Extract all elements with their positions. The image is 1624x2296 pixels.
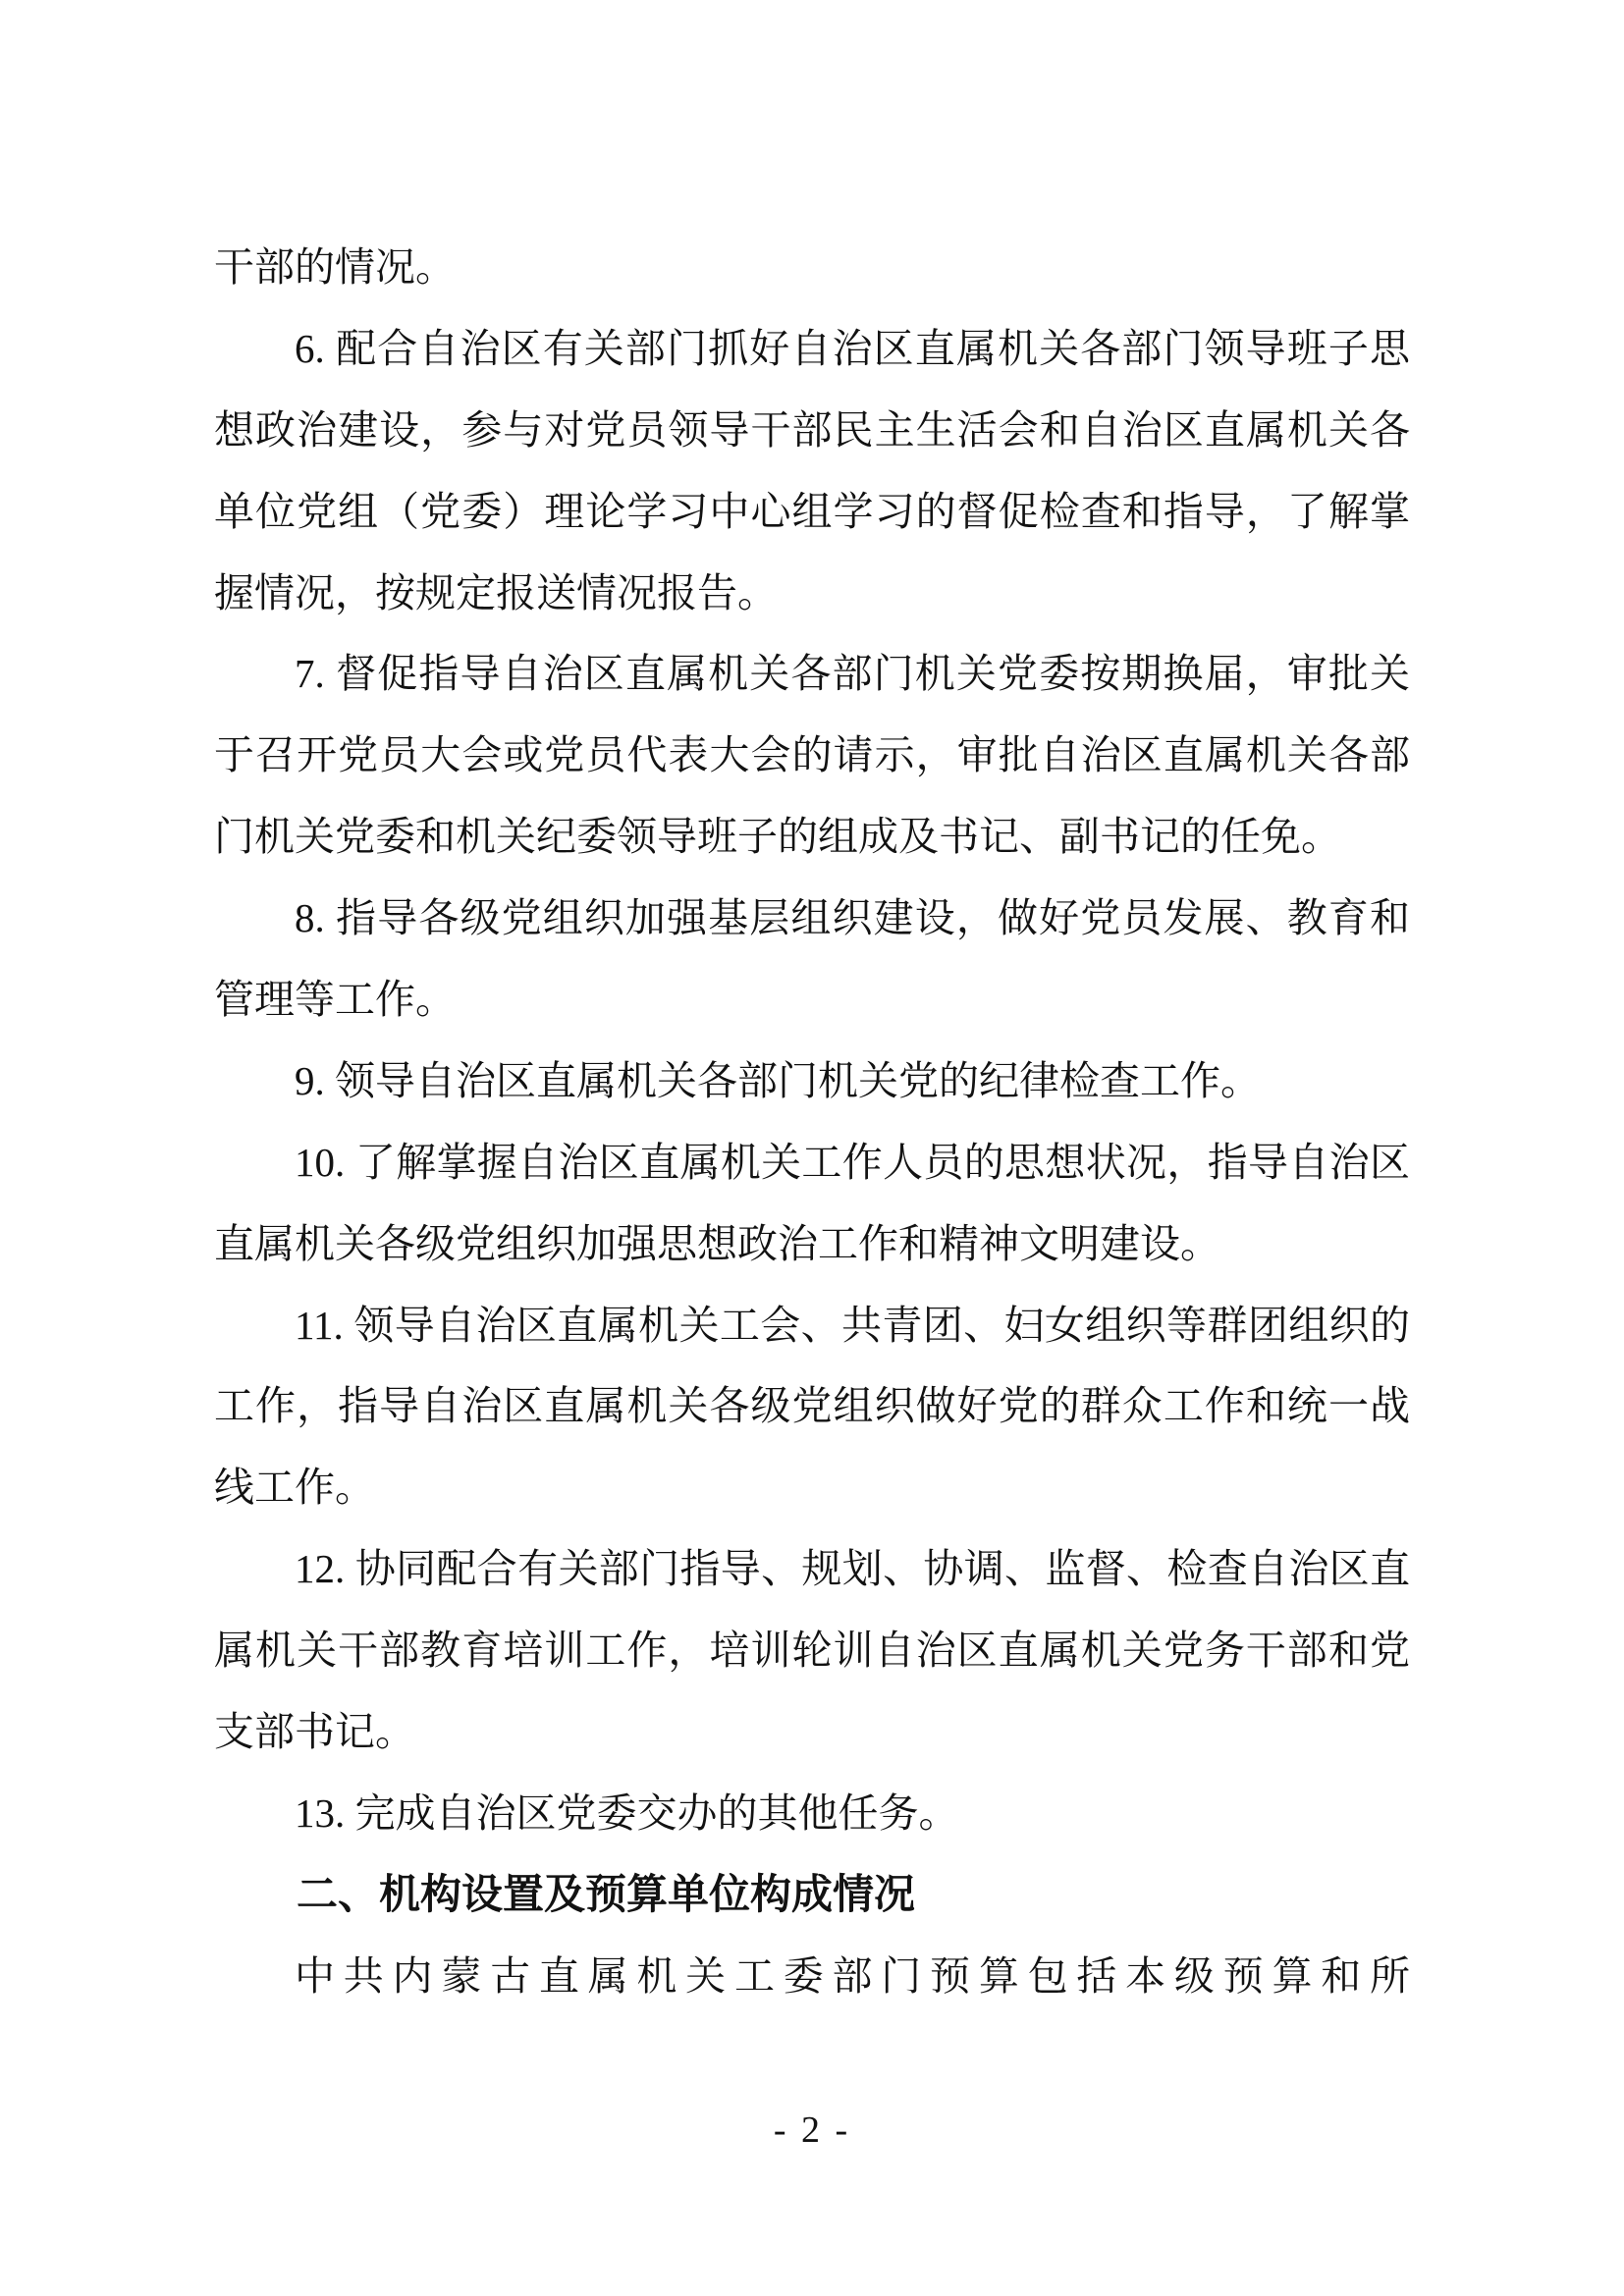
text-block: 干部的情况。6. 配合自治区有关部门抓好自治区直属机关各部门领导班子思想政治建设… bbox=[214, 227, 1410, 2017]
text-line: 直属机关各级党组织加强思想政治工作和精神文明建设。 bbox=[214, 1203, 1410, 1285]
section-heading: 二、机构设置及预算单位构成情况 bbox=[214, 1854, 1410, 1936]
text-line: 单位党组（党委）理论学习中心组学习的督促检查和指导，了解掌 bbox=[214, 471, 1410, 553]
text-line: 10. 了解掌握自治区直属机关工作人员的思想状况，指导自治区 bbox=[214, 1122, 1410, 1203]
text-line: 管理等工作。 bbox=[214, 959, 1410, 1041]
text-line: 握情况，按规定报送情况报告。 bbox=[214, 553, 1410, 634]
page-footer: - 2 - bbox=[0, 2101, 1624, 2160]
text-line: 工作，指导自治区直属机关各级党组织做好党的群众工作和统一战 bbox=[214, 1365, 1410, 1447]
text-line: 于召开党员大会或党员代表大会的请示，审批自治区直属机关各部 bbox=[214, 715, 1410, 796]
text-line: 中共内蒙古直属机关工委部门预算包括本级预算和所 bbox=[214, 1936, 1410, 2017]
text-line: 11. 领导自治区直属机关工会、共青团、妇女组织等群团组织的 bbox=[214, 1285, 1410, 1366]
text-line: 6. 配合自治区有关部门抓好自治区直属机关各部门领导班子思 bbox=[214, 308, 1410, 390]
text-line: 7. 督促指导自治区直属机关各部门机关党委按期换届，审批关 bbox=[214, 633, 1410, 715]
text-line: 属机关干部教育培训工作，培训轮训自治区直属机关党务干部和党 bbox=[214, 1610, 1410, 1691]
text-line: 12. 协同配合有关部门指导、规划、协调、监督、检查自治区直 bbox=[214, 1528, 1410, 1610]
page-number: - 2 - bbox=[774, 2109, 850, 2151]
text-line: 门机关党委和机关纪委领导班子的组成及书记、副书记的任免。 bbox=[214, 796, 1410, 878]
text-line: 支部书记。 bbox=[214, 1691, 1410, 1773]
text-line: 线工作。 bbox=[214, 1447, 1410, 1528]
text-line: 13. 完成自治区党委交办的其他任务。 bbox=[214, 1773, 1410, 1854]
text-line: 9. 领导自治区直属机关各部门机关党的纪律检查工作。 bbox=[214, 1041, 1410, 1122]
text-line: 想政治建设，参与对党员领导干部民主生活会和自治区直属机关各 bbox=[214, 390, 1410, 471]
text-line: 干部的情况。 bbox=[214, 227, 1410, 308]
text-line: 8. 指导各级党组织加强基层组织建设，做好党员发展、教育和 bbox=[214, 878, 1410, 959]
